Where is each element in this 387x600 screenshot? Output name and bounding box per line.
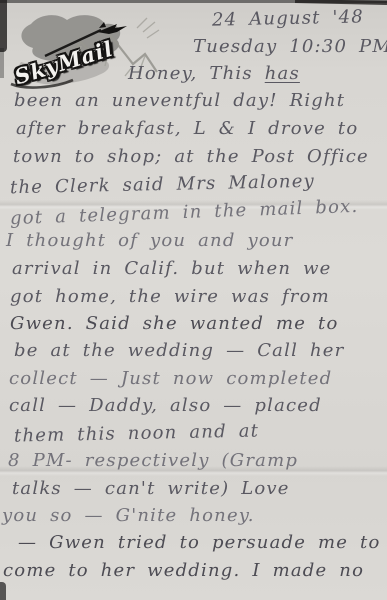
letter-line: got home, the wire was from bbox=[10, 286, 330, 307]
letter-line: come to her wedding. I made no bbox=[3, 560, 364, 581]
letter-line: 8 PM- respectively (Gramp bbox=[8, 450, 298, 471]
skymail-logo: SkyMail bbox=[5, 10, 165, 102]
letter-line: Gwen. Said she wanted me to bbox=[10, 313, 339, 334]
salutation-underlined-word: has bbox=[265, 63, 300, 84]
letter-page: SkyMail 24 August '48 Tuesday 10:30 PM. … bbox=[0, 0, 387, 600]
letter-line: I thought of you and your bbox=[6, 230, 293, 251]
letter-line: — Gwen tried to persuade me to bbox=[18, 532, 381, 553]
letter-line: collect — Just now completed bbox=[9, 368, 332, 389]
letter-line: the Clerk said Mrs Maloney bbox=[10, 171, 315, 198]
salutation-prefix: Honey, This bbox=[128, 63, 265, 84]
letter-line: be at the wedding — Call her bbox=[14, 340, 344, 361]
mountain-peak-right bbox=[137, 18, 159, 38]
day-time-line: Tuesday 10:30 PM. bbox=[193, 36, 387, 57]
scan-edge-top-right bbox=[295, 0, 387, 5]
letter-line: got a telegram in the mail box. bbox=[10, 196, 359, 229]
letter-line: call — Daddy, also — placed bbox=[9, 395, 322, 416]
date-line: 24 August '48 bbox=[212, 6, 364, 30]
letter-line: arrival in Calif. but when we bbox=[12, 258, 332, 279]
letter-line: you so — G'nite honey. bbox=[2, 505, 255, 526]
letter-line: after breakfast, L & I drove to bbox=[16, 118, 358, 139]
letter-line: town to shop; at the Post Office bbox=[13, 146, 369, 167]
scan-edge-left-fade bbox=[0, 48, 4, 78]
letter-line: talks — can't write) Love bbox=[12, 478, 290, 499]
scan-edge-bottom-left bbox=[0, 582, 6, 600]
letter-line: been an uneventful day! Right bbox=[14, 90, 345, 111]
salutation-line: Honey, This has bbox=[128, 63, 300, 84]
letter-line: them this noon and at bbox=[14, 420, 260, 446]
